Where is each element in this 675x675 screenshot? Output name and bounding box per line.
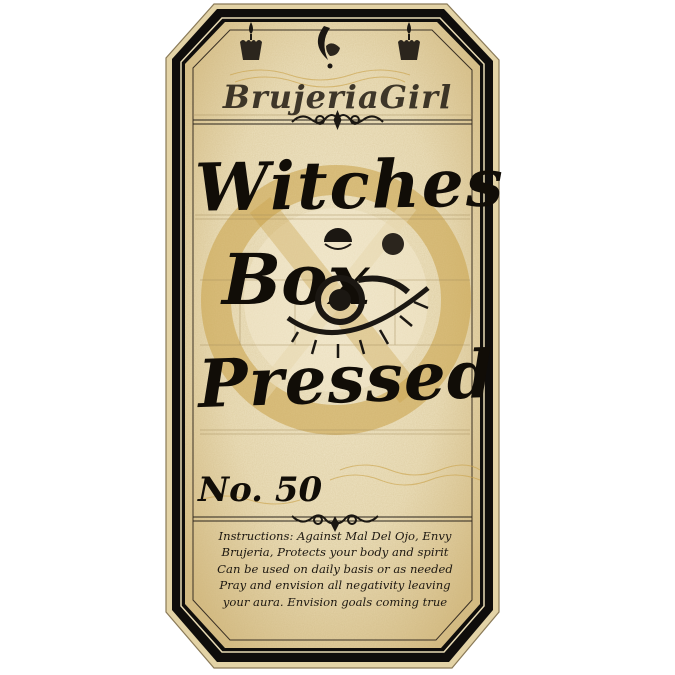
instructions-line: Brujeria, Protects your body and spirit [190, 544, 480, 560]
product-label: BrujeriaGirl Witches Box Pressed No. 50 [0, 0, 675, 675]
instructions-line: Instructions: Against Mal Del Ojo, Envy [190, 528, 480, 544]
instructions-line: your aura. Envision goals coming true [190, 594, 480, 610]
flourish-divider-icon [290, 108, 385, 132]
instructions-line: Can be used on daily basis or as needed [190, 561, 480, 577]
crescent-moon-icon [310, 24, 346, 70]
title-line-1: Witches [194, 143, 505, 226]
candle-right-icon [394, 20, 424, 64]
candle-left-icon [236, 20, 266, 64]
instructions-line: Pray and envision all negativity leaving [190, 577, 480, 593]
instructions-text: Instructions: Against Mal Del Ojo, Envy … [190, 528, 480, 610]
label-number: No. 50 [198, 470, 322, 510]
title-line-3: Pressed [197, 335, 495, 423]
